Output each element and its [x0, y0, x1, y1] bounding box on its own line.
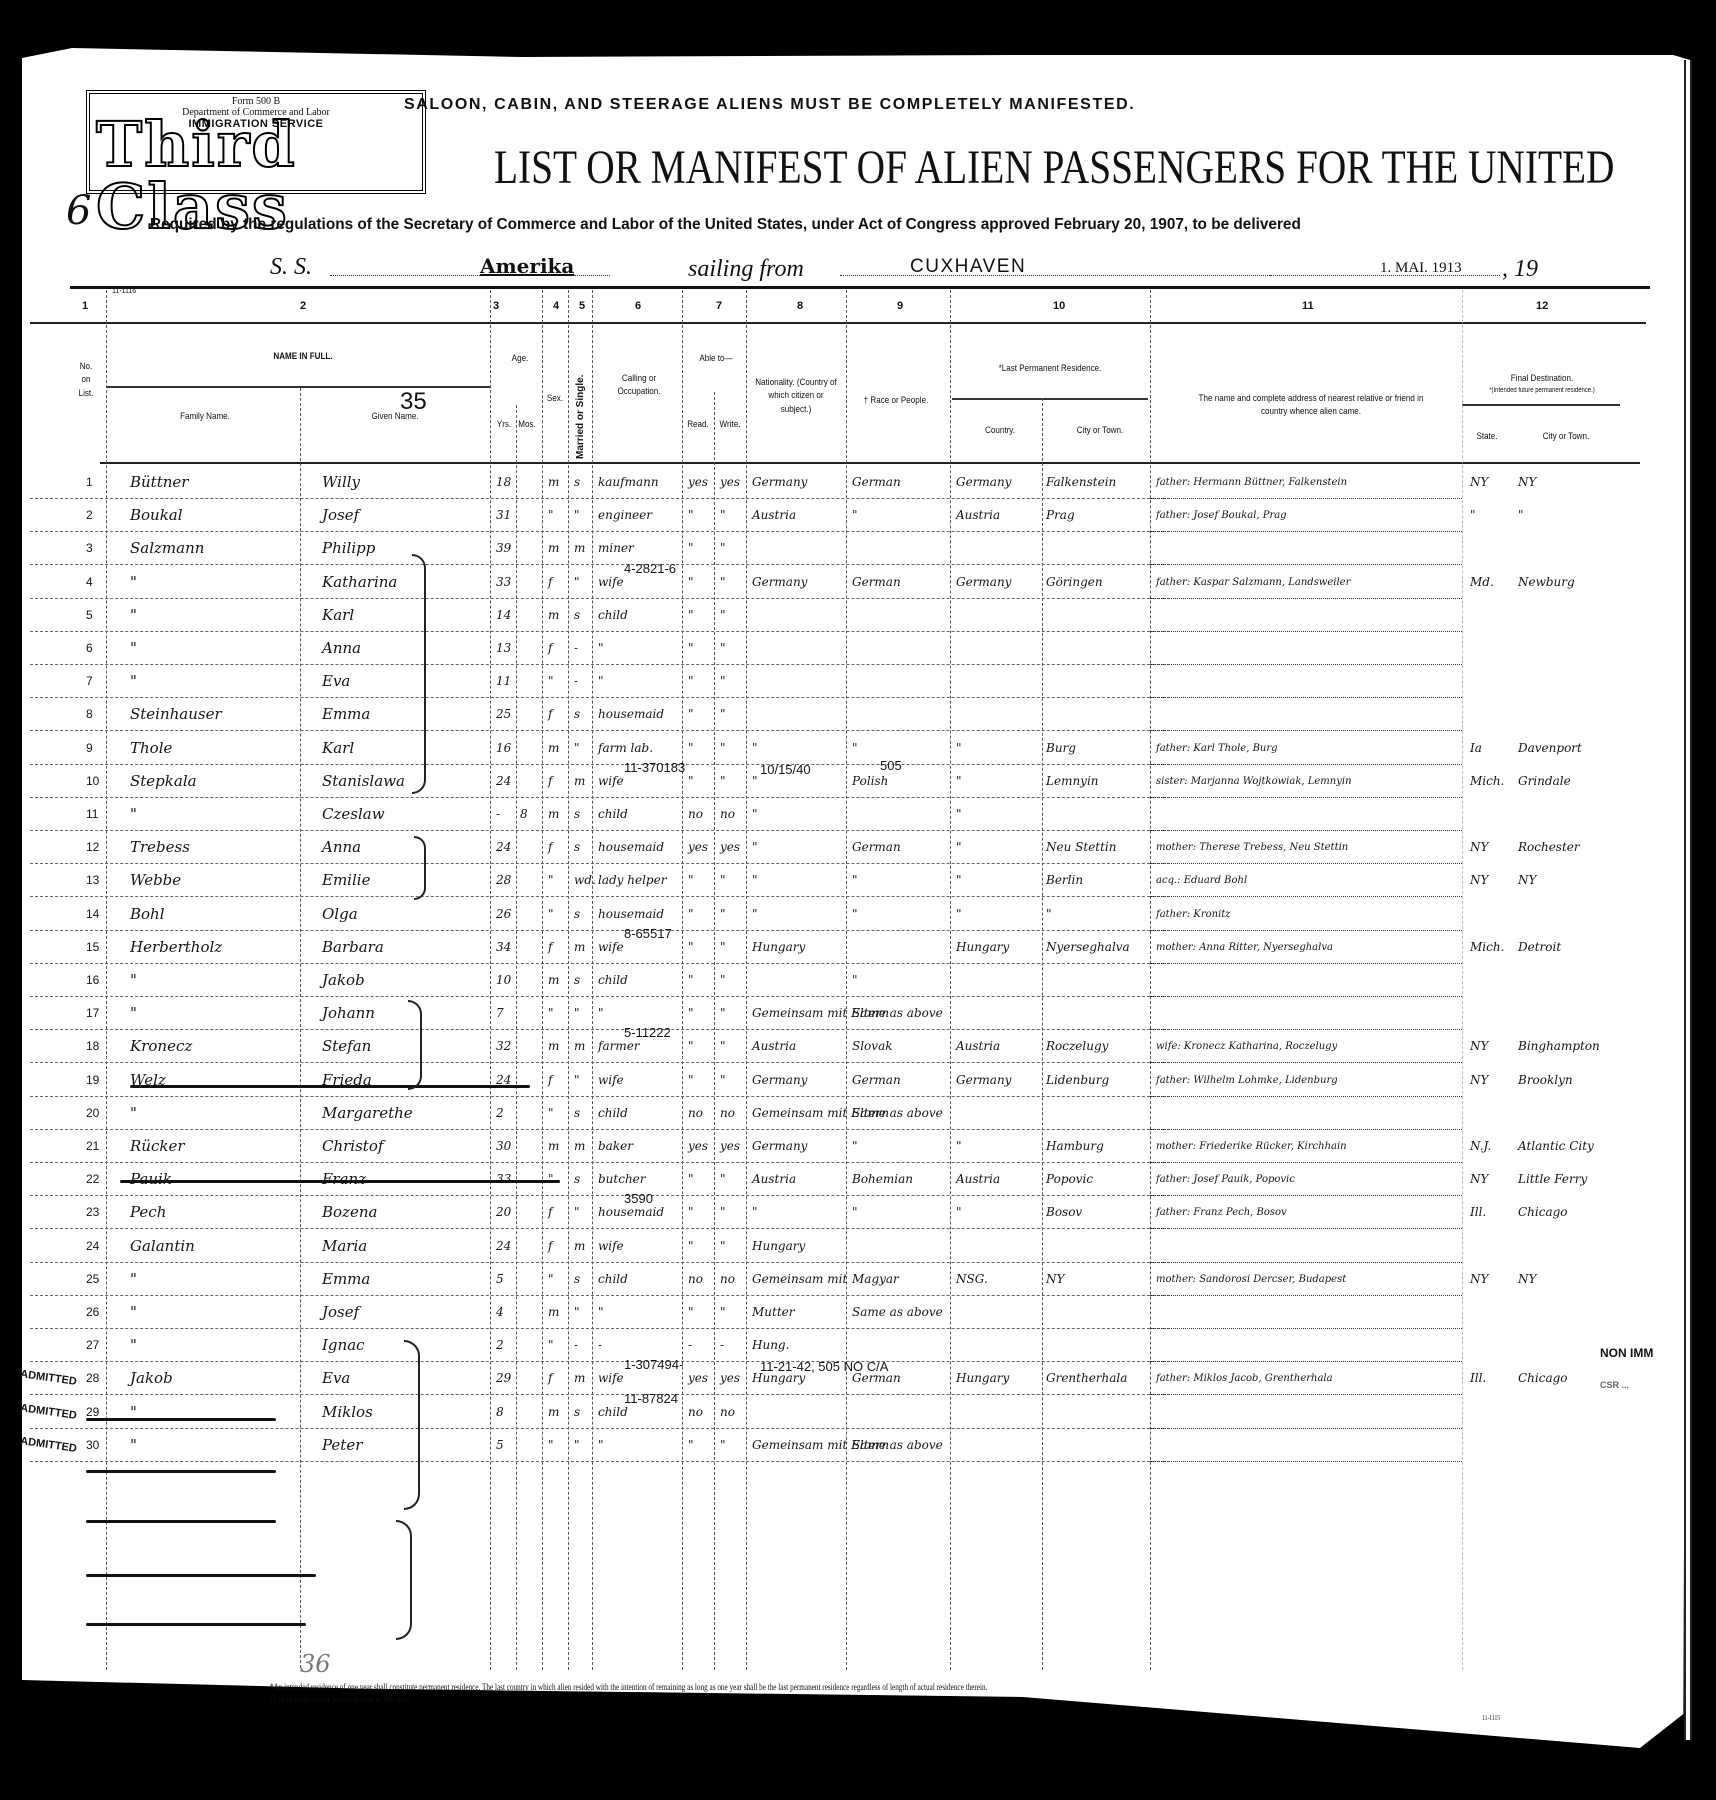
- sex: ": [548, 1429, 554, 1462]
- family-name: ": [130, 599, 137, 632]
- given-name: Stanislawa: [322, 765, 405, 798]
- col-num-1: 1: [82, 300, 88, 312]
- nationality: ": [752, 864, 758, 897]
- family-name: Boukal: [130, 499, 183, 532]
- race: Slovak: [852, 1030, 893, 1063]
- group-end-line: [86, 1574, 316, 1577]
- occupation: child: [598, 599, 628, 632]
- header-race: † Race or People.: [854, 394, 939, 407]
- sex: ": [548, 864, 554, 897]
- can-write: no: [720, 1263, 735, 1296]
- family-name: Webbe: [130, 864, 181, 897]
- nearest-relative: sister: Marjanna Wojtkowiak, Lemnyin: [1156, 765, 1352, 798]
- can-write: ": [720, 997, 726, 1030]
- destination-city: Chicago: [1518, 1196, 1568, 1229]
- page-mark: 6: [66, 188, 91, 234]
- nearest-relative: father: Miklos Jacob, Grentherhala: [1156, 1362, 1333, 1395]
- row-number: 5: [86, 599, 93, 632]
- family-name: ": [130, 1097, 137, 1130]
- race: Magyar: [852, 1263, 899, 1296]
- can-read: ": [688, 566, 694, 599]
- can-read: no: [688, 798, 703, 831]
- table-row: 6"Anna13f-""": [0, 632, 1716, 665]
- destination-city: Grindale: [1518, 765, 1571, 798]
- occupation: child: [598, 798, 628, 831]
- header-write: Write.: [716, 418, 743, 431]
- row-number: 10: [86, 765, 99, 798]
- cert-annotation-2: 10/15/40: [760, 763, 811, 777]
- name-subrule: [106, 386, 490, 388]
- row-number: 23: [86, 1196, 99, 1229]
- age-years: 31: [496, 499, 511, 532]
- can-read: ": [688, 1030, 694, 1063]
- sex: f: [548, 831, 552, 864]
- family-name: Steinhauser: [130, 698, 222, 731]
- year-suffix: , 19: [1502, 256, 1538, 283]
- age-years: 10: [496, 964, 511, 997]
- residence-subrule: [952, 398, 1148, 400]
- sex: f: [548, 566, 552, 599]
- sex: m: [548, 1030, 559, 1063]
- destination-state: NY: [1470, 1163, 1488, 1196]
- residence-city: Grentherhala: [1046, 1362, 1127, 1395]
- sex: f: [548, 1230, 552, 1263]
- given-name: Karl: [322, 599, 354, 632]
- nationality: ": [752, 898, 758, 931]
- row-number: 2: [86, 499, 93, 532]
- nationality: ": [752, 765, 758, 798]
- sheet-number: 35: [400, 388, 427, 416]
- family-bracket: [404, 1340, 420, 1510]
- row-number: 20: [86, 1097, 99, 1130]
- row-number: 21: [86, 1130, 99, 1163]
- age-years: 24: [496, 831, 511, 864]
- residence-country: Austria: [956, 1030, 1000, 1063]
- race: Same as above: [852, 1097, 943, 1130]
- given-name: Josef: [322, 1296, 359, 1329]
- row-number: 6: [86, 632, 93, 665]
- age-years: 5: [496, 1263, 504, 1296]
- residence-city: Bosov: [1046, 1196, 1082, 1229]
- nearest-relative: father: Wilhelm Lohmke, Lidenburg: [1156, 1064, 1338, 1097]
- destination-state: Md.: [1470, 566, 1494, 599]
- sailing-label: sailing from: [688, 256, 804, 283]
- marital-status: m: [574, 1362, 585, 1395]
- family-name: Pech: [130, 1196, 166, 1229]
- family-bracket: [408, 1000, 422, 1090]
- row-number: 24: [86, 1230, 99, 1263]
- family-name: ": [130, 566, 137, 599]
- marital-status: ": [574, 1429, 580, 1462]
- row-number: 1: [86, 466, 93, 499]
- row-number: 13: [86, 864, 99, 897]
- can-read: ": [688, 864, 694, 897]
- can-read: -: [688, 1329, 692, 1362]
- table-row: 3SalzmannPhilipp39mmminer"": [0, 532, 1716, 565]
- marital-status: m: [574, 765, 585, 798]
- nationality: Germany: [752, 1064, 807, 1097]
- family-name: Trebess: [130, 831, 190, 864]
- given-name: Josef: [322, 499, 359, 532]
- header-married-single: Married or Single.: [574, 372, 588, 462]
- can-read: ": [688, 599, 694, 632]
- age-years: 5: [496, 1429, 504, 1462]
- occupation: child: [598, 964, 628, 997]
- marital-status: s: [574, 831, 580, 864]
- occupation: -: [598, 1329, 602, 1362]
- destination-state: Ill.: [1470, 1196, 1486, 1229]
- occupation: child: [598, 1263, 628, 1296]
- sex: ": [548, 665, 554, 698]
- nearest-relative: father: Josef Boukal, Prag: [1156, 499, 1287, 532]
- can-read: ": [688, 1429, 694, 1462]
- given-name: Anna: [322, 632, 361, 665]
- family-name: ": [130, 632, 137, 665]
- destination-state: NY: [1470, 1030, 1488, 1063]
- sex: m: [548, 1296, 559, 1329]
- marital-status: wd.: [574, 864, 596, 897]
- cert-annotation: 4-2821-6: [624, 562, 676, 576]
- can-read: yes: [688, 1130, 708, 1163]
- family-bracket: [414, 836, 426, 900]
- residence-country: NSG.: [956, 1263, 988, 1296]
- can-write: yes: [720, 1362, 740, 1395]
- port-of-departure: CUXHAVEN: [910, 256, 1026, 278]
- nationality: Austria: [752, 1030, 796, 1063]
- age-years: 7: [496, 997, 504, 1030]
- marital-status: s: [574, 599, 580, 632]
- form-number: Form 500 B: [232, 96, 280, 107]
- given-name: Willy: [322, 466, 360, 499]
- occupation: lady helper: [598, 864, 666, 897]
- table-row: 4"Katharina33f"wife""GermanyGermanGerman…: [0, 566, 1716, 599]
- col-num-6: 6: [635, 300, 641, 312]
- can-write: ": [720, 765, 726, 798]
- admitted-stamp: ADMITTED: [18, 1425, 79, 1466]
- occupation: wife: [598, 1230, 624, 1263]
- family-name: ": [130, 1429, 137, 1462]
- given-name: Emma: [322, 698, 370, 731]
- marital-status: s: [574, 1396, 580, 1429]
- nationality: Austria: [752, 1163, 796, 1196]
- marital-status: m: [574, 1030, 585, 1063]
- cert-annotation: 3590: [624, 1192, 653, 1206]
- can-read: ": [688, 698, 694, 731]
- destination-subrule: [1462, 404, 1620, 406]
- sex: m: [548, 466, 559, 499]
- row-number: 27: [86, 1329, 99, 1362]
- group-end-line: [86, 1418, 276, 1421]
- cert-annotation: 5-11222: [624, 1026, 671, 1040]
- row-number: 30: [86, 1429, 99, 1462]
- nationality: Austria: [752, 499, 796, 532]
- age-years: 2: [496, 1097, 504, 1130]
- col-num-7: 7: [716, 300, 722, 312]
- family-name: ": [130, 964, 137, 997]
- header-able-to: Able to—: [691, 352, 742, 365]
- destination-state: NY: [1470, 466, 1488, 499]
- family-name: Rücker: [130, 1130, 185, 1163]
- row-number: 25: [86, 1263, 99, 1296]
- can-write: ": [720, 532, 726, 565]
- nearest-relative: mother: Sandorosi Dercser, Budapest: [1156, 1263, 1346, 1296]
- given-name: Barbara: [322, 931, 384, 964]
- residence-country: ": [956, 898, 962, 931]
- can-write: yes: [720, 831, 740, 864]
- row-number: 7: [86, 665, 93, 698]
- residence-country: ": [956, 831, 962, 864]
- given-name: Eva: [322, 665, 350, 698]
- occupation: ": [598, 1296, 604, 1329]
- sex: f: [548, 765, 552, 798]
- col-num-2: 2: [300, 300, 306, 312]
- marital-status: s: [574, 466, 580, 499]
- given-name: Maria: [322, 1230, 367, 1263]
- can-read: ": [688, 964, 694, 997]
- table-row: 24GalantinMaria24fmwife""Hungary: [0, 1230, 1716, 1263]
- given-name: Eva: [322, 1362, 350, 1395]
- residence-city: Neu Stettin: [1046, 831, 1117, 864]
- form-code: 11-1116: [112, 288, 136, 295]
- table-row: 11"Czeslaw-8mschildnono"": [0, 798, 1716, 831]
- occupation: kaufmann: [598, 466, 659, 499]
- cert-annotation: 1-307494-: [624, 1358, 683, 1372]
- table-row: 27"Ignac2"----Hung.: [0, 1329, 1716, 1362]
- col-num-10: 10: [1053, 300, 1065, 312]
- page-title: LIST OR MANIFEST OF ALIEN PASSENGERS FOR…: [494, 140, 1614, 195]
- col-num-5: 5: [579, 300, 585, 312]
- given-name: Katharina: [322, 566, 397, 599]
- race: ": [852, 732, 858, 765]
- marital-status: -: [574, 632, 578, 665]
- sex: m: [548, 732, 559, 765]
- table-row: 9TholeKarl16m"farm lab."""""Burgfather: …: [0, 732, 1716, 765]
- footer-form-code: 11-1115: [1482, 1714, 1500, 1722]
- race: German: [852, 566, 901, 599]
- race: ": [852, 898, 858, 931]
- nationality: Germany: [752, 1130, 807, 1163]
- family-name: ": [130, 1296, 137, 1329]
- can-read: ": [688, 1064, 694, 1097]
- family-name: ": [130, 1263, 137, 1296]
- can-read: no: [688, 1097, 703, 1130]
- residence-country: ": [956, 765, 962, 798]
- can-write: ": [720, 1163, 726, 1196]
- can-write: ": [720, 1030, 726, 1063]
- can-read: ": [688, 732, 694, 765]
- table-row: 12TrebessAnna24fshousemaidyesyes"German"…: [0, 831, 1716, 864]
- can-write: ": [720, 1230, 726, 1263]
- age-years: -: [496, 798, 500, 831]
- sex: f: [548, 1196, 552, 1229]
- can-read: ": [688, 997, 694, 1030]
- residence-city: Roczelugy: [1046, 1030, 1108, 1063]
- table-row: 13WebbeEmilie28"wd.lady helper"""""Berli…: [0, 864, 1716, 897]
- nationality: ": [752, 732, 758, 765]
- sex: m: [548, 1130, 559, 1163]
- given-name: Frieda: [322, 1064, 372, 1097]
- residence-city: Nyerseghalva: [1046, 931, 1130, 964]
- can-read: no: [688, 1396, 703, 1429]
- given-name: Peter: [322, 1429, 362, 1462]
- given-name: Anna: [322, 831, 361, 864]
- marital-status: ": [574, 997, 580, 1030]
- row-number: 29: [86, 1396, 99, 1429]
- ship-prefix: S. S.: [270, 254, 312, 281]
- relative-rule: [1150, 1461, 1462, 1462]
- regulation-subtitle: Required by the regulations of the Secre…: [150, 216, 1301, 234]
- row-number: 22: [86, 1163, 99, 1196]
- col-num-9: 9: [897, 300, 903, 312]
- col-num-11: 11: [1302, 300, 1314, 312]
- marital-status: m: [574, 532, 585, 565]
- header-given-name: Given Name.: [314, 410, 476, 423]
- marital-status: -: [574, 1329, 578, 1362]
- can-write: ": [720, 931, 726, 964]
- can-read: ": [688, 665, 694, 698]
- cert-annotation: 11-370183: [624, 761, 685, 775]
- occupation: housemaid: [598, 831, 664, 864]
- can-write: -: [720, 1329, 724, 1362]
- nearest-relative: father: Karl Thole, Burg: [1156, 732, 1278, 765]
- nationality: ": [752, 798, 758, 831]
- can-write: ": [720, 599, 726, 632]
- nearest-relative: father: Josef Pauik, Popovic: [1156, 1163, 1295, 1196]
- table-row: 17"Johann7"""""Gemeinsam mit ElternSame …: [0, 997, 1716, 1030]
- family-name: ": [130, 1329, 137, 1362]
- family-name: Salzmann: [130, 532, 204, 565]
- given-name: Philipp: [322, 532, 375, 565]
- residence-city: Popovic: [1046, 1163, 1093, 1196]
- can-write: ": [720, 1064, 726, 1097]
- race: ": [852, 1130, 858, 1163]
- header-state: State.: [1466, 430, 1509, 443]
- destination-city: Rochester: [1518, 831, 1580, 864]
- group-end-line: [86, 1470, 276, 1473]
- sex: ": [548, 997, 554, 1030]
- occupation: engineer: [598, 499, 652, 532]
- nearest-relative: acq.: Eduard Bohl: [1156, 864, 1247, 897]
- given-name: Bozena: [322, 1196, 377, 1229]
- destination-state: Mich.: [1470, 765, 1504, 798]
- margin-stamp: CSR ...: [1600, 1380, 1629, 1390]
- nationality: Germany: [752, 566, 807, 599]
- can-read: ": [688, 1163, 694, 1196]
- can-write: ": [720, 732, 726, 765]
- header-family-name: Family Name.: [124, 410, 286, 423]
- header-dest-city: City or Town.: [1524, 430, 1609, 443]
- given-name: Emma: [322, 1263, 370, 1296]
- can-write: ": [720, 665, 726, 698]
- can-read: yes: [688, 1362, 708, 1395]
- table-row: 8SteinhauserEmma25fshousemaid"": [0, 698, 1716, 731]
- cert-annotation: 8-65517: [624, 927, 672, 941]
- family-name: ": [130, 997, 137, 1030]
- sex: f: [548, 698, 552, 731]
- nationality: ": [752, 831, 758, 864]
- age-years: 24: [496, 1230, 511, 1263]
- nationality: Hung.: [752, 1329, 789, 1362]
- row-number: 28: [86, 1362, 99, 1395]
- given-name: Margarethe: [322, 1097, 413, 1130]
- sex: m: [548, 964, 559, 997]
- family-name: Büttner: [130, 466, 188, 499]
- row-number: 12: [86, 831, 99, 864]
- age-years: 32: [496, 1030, 511, 1063]
- family-bracket: [412, 554, 426, 794]
- occupation: baker: [598, 1130, 633, 1163]
- race: Same as above: [852, 1429, 943, 1462]
- destination-city: Davenport: [1518, 732, 1582, 765]
- given-name: Emilie: [322, 864, 370, 897]
- can-write: ": [720, 864, 726, 897]
- header-final-destination-note: *(Intended future permanent residence.): [1474, 386, 1610, 396]
- age-years: 34: [496, 931, 511, 964]
- destination-city: NY: [1518, 1263, 1536, 1296]
- age-years: 26: [496, 898, 511, 931]
- non-immigrant-stamp: NON IMM: [1600, 1346, 1653, 1360]
- destination-city: Binghampton: [1518, 1030, 1600, 1063]
- manifest-notice: SALOON, CABIN, AND STEERAGE ALIENS MUST …: [404, 96, 1135, 114]
- table-row: 1BüttnerWilly18mskaufmannyesyesGermanyGe…: [0, 466, 1716, 499]
- family-bracket: [396, 1520, 412, 1640]
- occupation: ": [598, 665, 604, 698]
- destination-city: Little Ferry: [1518, 1163, 1587, 1196]
- ship-line: S. S. Amerika sailing from CUXHAVEN 1. M…: [270, 254, 1620, 284]
- row-number: 4: [86, 566, 93, 599]
- destination-state: NY: [1470, 1263, 1488, 1296]
- family-name: ": [130, 1396, 137, 1429]
- table-row: 29"Miklos8mschildnono11-87824ADMITTED: [0, 1396, 1716, 1429]
- table-row: 21RückerChristof30mmbakeryesyesGermany""…: [0, 1130, 1716, 1163]
- header-city: City or Town.: [1058, 424, 1143, 437]
- table-row: 25"Emma5"schildnonoGemeinsam mitMagyarNS…: [0, 1263, 1716, 1296]
- table-row: 30"Peter5"""""Gemeinsam mit ElternSame a…: [0, 1429, 1716, 1462]
- residence-country: Germany: [956, 1064, 1011, 1097]
- race: Same as above: [852, 997, 943, 1030]
- sex: f: [548, 1362, 552, 1395]
- can-write: ": [720, 698, 726, 731]
- race: German: [852, 1064, 901, 1097]
- destination-city: Chicago: [1518, 1362, 1568, 1395]
- header-read: Read.: [684, 418, 711, 431]
- race: Same as above: [852, 1296, 943, 1329]
- header-sex: Sex.: [542, 392, 568, 405]
- marital-status: -: [574, 665, 578, 698]
- residence-country: ": [956, 1196, 962, 1229]
- given-name: Czeslaw: [322, 798, 385, 831]
- header-nationality: Nationality. (Country of which citizen o…: [755, 376, 837, 416]
- given-name: Stefan: [322, 1030, 371, 1063]
- age-years: 33: [496, 566, 511, 599]
- can-write: no: [720, 1097, 735, 1130]
- row-number: 9: [86, 732, 93, 765]
- table-row: 5"Karl14mschild"": [0, 599, 1716, 632]
- race: Bohemian: [852, 1163, 913, 1196]
- can-read: ": [688, 765, 694, 798]
- header-country: Country.: [958, 424, 1043, 437]
- race: ": [852, 499, 858, 532]
- header-calling: Calling or Occupation.: [609, 372, 669, 399]
- header-age: Age.: [500, 352, 541, 365]
- can-read: ": [688, 931, 694, 964]
- residence-city: ": [1046, 898, 1052, 931]
- occupation: wife: [598, 765, 624, 798]
- group-end-line: [86, 1520, 276, 1523]
- table-row: 28JakobEva29fmwifeyesyesHungaryGermanHun…: [0, 1362, 1716, 1395]
- residence-city: Falkenstein: [1046, 466, 1116, 499]
- destination-city: Brooklyn: [1518, 1064, 1573, 1097]
